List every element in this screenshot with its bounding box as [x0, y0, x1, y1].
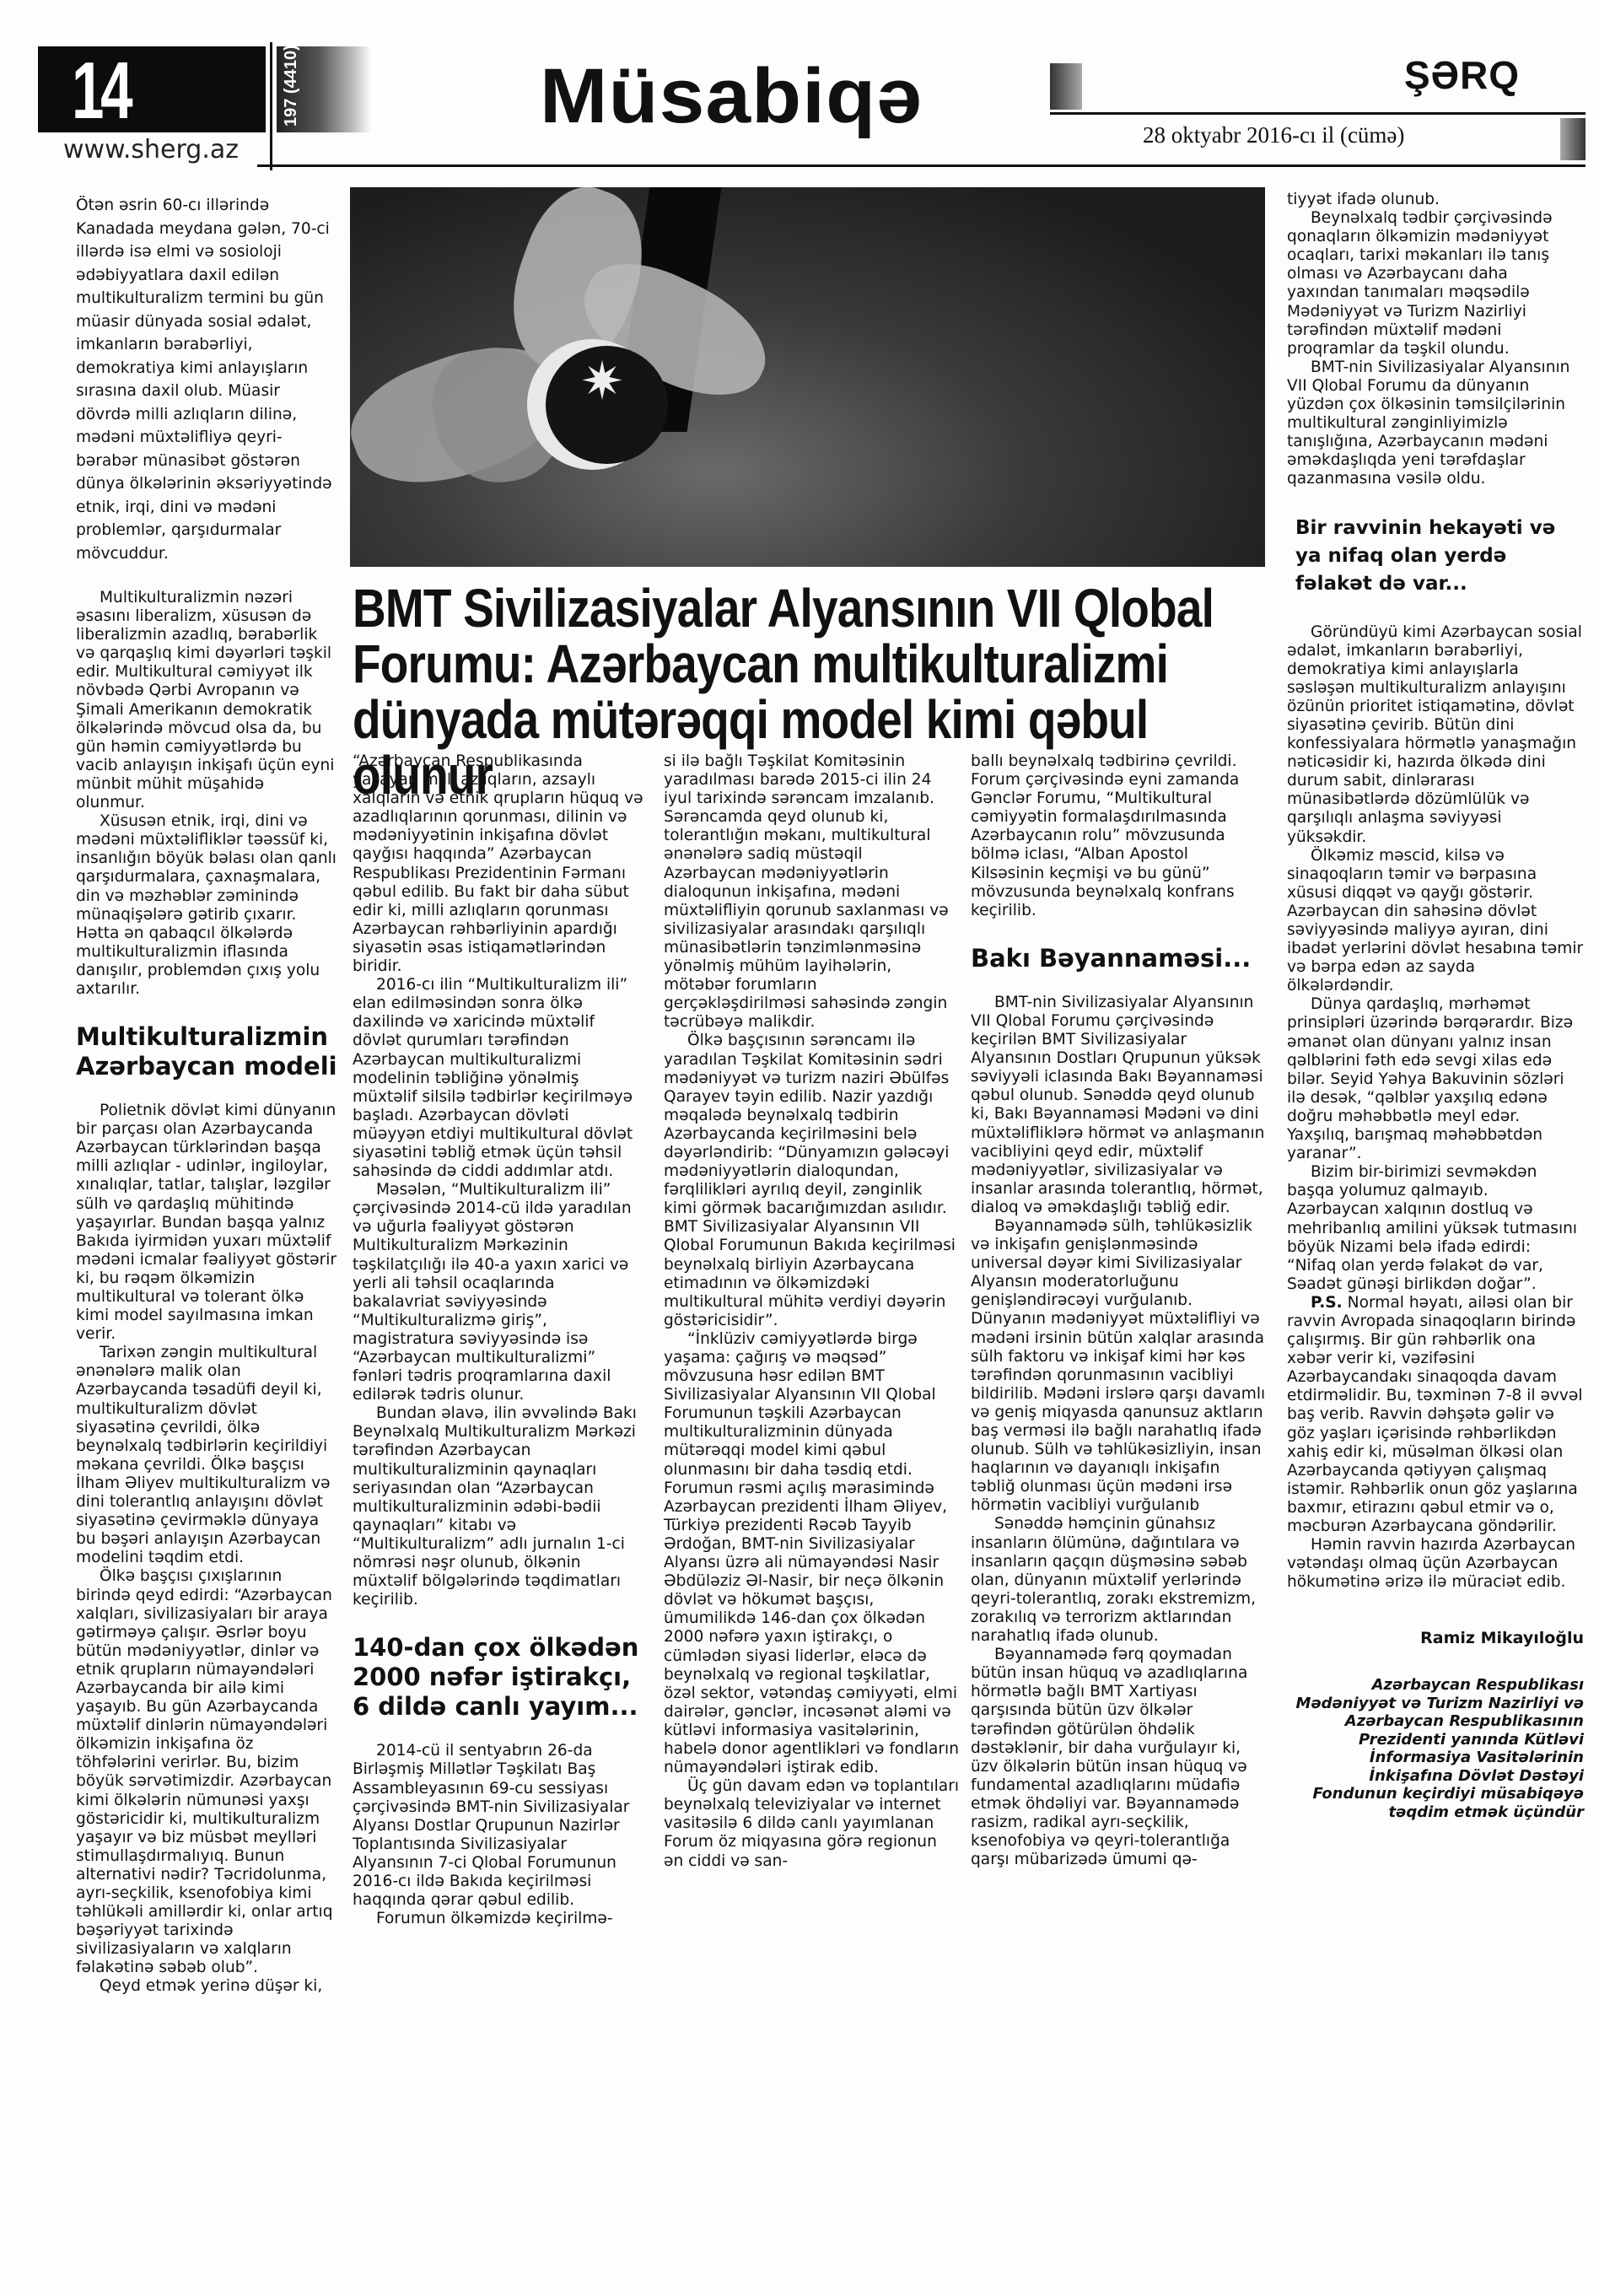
paragraph: 2016-cı ilin “Multikulturalizm ili” elan…	[353, 976, 643, 1181]
section-title: Müsabiqə	[540, 52, 923, 141]
paragraph: Göründüyü kimi Azərbaycan sosial ədalət,…	[1287, 623, 1584, 847]
star-icon: ✷	[580, 356, 624, 408]
paragraph: Dünya qardaşlıq, mərhəmət prinsipləri üz…	[1287, 995, 1584, 1163]
ps-text: Normal həyatı, ailəsi olan bir ravvin Av…	[1287, 1294, 1583, 1535]
paragraph: Multikulturalizmin nəzəri əsasını libera…	[76, 589, 337, 812]
masthead-accent-right	[1560, 118, 1586, 160]
paragraph: Tarixən zəngin multikultural ənənələrə m…	[76, 1344, 337, 1567]
contest-note: Azərbaycan Respublikası Mədəniyyət və Tu…	[1287, 1676, 1584, 1821]
masthead-divider	[270, 42, 272, 170]
paragraph: Ölkə başçısının sərəncamı ilə yaradılan …	[664, 1032, 959, 1330]
paragraph: Məsələn, “Multikulturalizm ili” çərçivəs…	[353, 1181, 643, 1404]
paragraph: Beynəlxalq tədbir çərçivəsində qonaqları…	[1287, 209, 1584, 358]
subheading: Bakı Bəyannaməsi...	[971, 944, 1266, 973]
paragraph: Bundan əlavə, ilin əvvəlində Bakı Beynəl…	[353, 1404, 643, 1609]
column-4: ballı beynəlxalq tədbirinə çevrildi. For…	[971, 752, 1266, 1869]
column-3: si ilə bağlı Təşkilat Komitəsinin yaradı…	[664, 752, 959, 1871]
page-number: 14	[72, 45, 129, 137]
paragraph: Həmin ravvin hazırda Azərbaycan vətəndaş…	[1287, 1536, 1584, 1592]
paragraph: Ölkəmiz məscid, kilsə və sinaqoqların tə…	[1287, 847, 1584, 996]
ps-label: P.S.	[1311, 1294, 1343, 1312]
article-photo: ✷	[350, 187, 1265, 567]
paragraph: Bəyannamədə fərq qoymadan bütün insan hü…	[971, 1646, 1266, 1869]
brand-rule	[1050, 112, 1586, 115]
paragraph: “Azərbaycan Respublikasında yaşayan mill…	[353, 752, 643, 976]
paragraph: Polietnik dövlət kimi dünyanın bir parça…	[76, 1102, 337, 1344]
paragraph: “İnklüziv cəmiyyətlərdə birgə yaşama: ça…	[664, 1330, 959, 1777]
paragraph: Sənəddə həmçinin günahsız insanların ölü…	[971, 1515, 1266, 1646]
issue-strip: 197 (4410)	[277, 46, 371, 132]
subheading: Multikulturalizmin Azərbaycan modeli	[76, 1022, 337, 1081]
paragraph: Ölkə başçısı çıxışlarının birində qeyd e…	[76, 1567, 337, 1977]
paragraph: Xüsusən etnik, irqi, dini və mədəni müxt…	[76, 812, 337, 999]
paragraph: Bəyannamədə sülh, təhlükəsizlik və inkiş…	[971, 1217, 1266, 1516]
lead-paragraph: Ötən əsrin 60-cı illərində Kanadada meyd…	[76, 194, 337, 565]
paragraph: BMT-nin Sivilizasiyalar Alyansının VII Q…	[971, 994, 1266, 1217]
column-2: “Azərbaycan Respublikasında yaşayan mill…	[353, 752, 643, 1928]
masthead-rule	[257, 164, 1586, 167]
subheading: 140-dan çox ölkədən 2000 nəfər iştirakçı…	[353, 1633, 643, 1722]
issue-number: 197 (4410)	[282, 45, 301, 127]
paragraph: Qeyd etmək yerinə düşər ki,	[76, 1977, 337, 1996]
site-url[interactable]: www.sherg.az	[63, 135, 239, 164]
paragraph: BMT-nin Sivilizasiyalar Alyansının VII Q…	[1287, 358, 1584, 489]
page-number-box: 14	[38, 46, 266, 132]
subheading: Bir ravvinin hekayəti və ya nifaq olan y…	[1295, 515, 1584, 598]
author-byline: Ramiz Mikayıloğlu	[1287, 1629, 1584, 1647]
paragraph: 2014-cü il sentyabrın 26-da Birləşmiş Mi…	[353, 1742, 643, 1910]
column-1: Ötən əsrin 60-cı illərində Kanadada meyd…	[76, 194, 337, 1997]
paragraph: ballı beynəlxalq tədbirinə çevrildi. For…	[971, 752, 1266, 920]
newspaper-brand: ŞƏRQ	[1404, 52, 1520, 98]
ps-paragraph: P.S. Normal həyatı, ailəsi olan bir ravv…	[1287, 1294, 1584, 1536]
paragraph: si ilə bağlı Təşkilat Komitəsinin yaradı…	[664, 752, 959, 1032]
paragraph: Üç gün davam edən və toplantıları beynəl…	[664, 1777, 959, 1870]
masthead-accent	[1050, 63, 1082, 110]
column-5: tiyyət ifadə olunub. Beynəlxalq tədbir ç…	[1287, 191, 1584, 1821]
paragraph: Bizim bir-birimizi sevməkdən başqa yolum…	[1287, 1163, 1584, 1294]
paragraph: tiyyət ifadə olunub.	[1287, 191, 1584, 209]
issue-date: 28 oktyabr 2016-cı il (cümə)	[1143, 122, 1404, 148]
paragraph: Forumun ölkəmizdə keçirilmə-	[353, 1910, 643, 1928]
